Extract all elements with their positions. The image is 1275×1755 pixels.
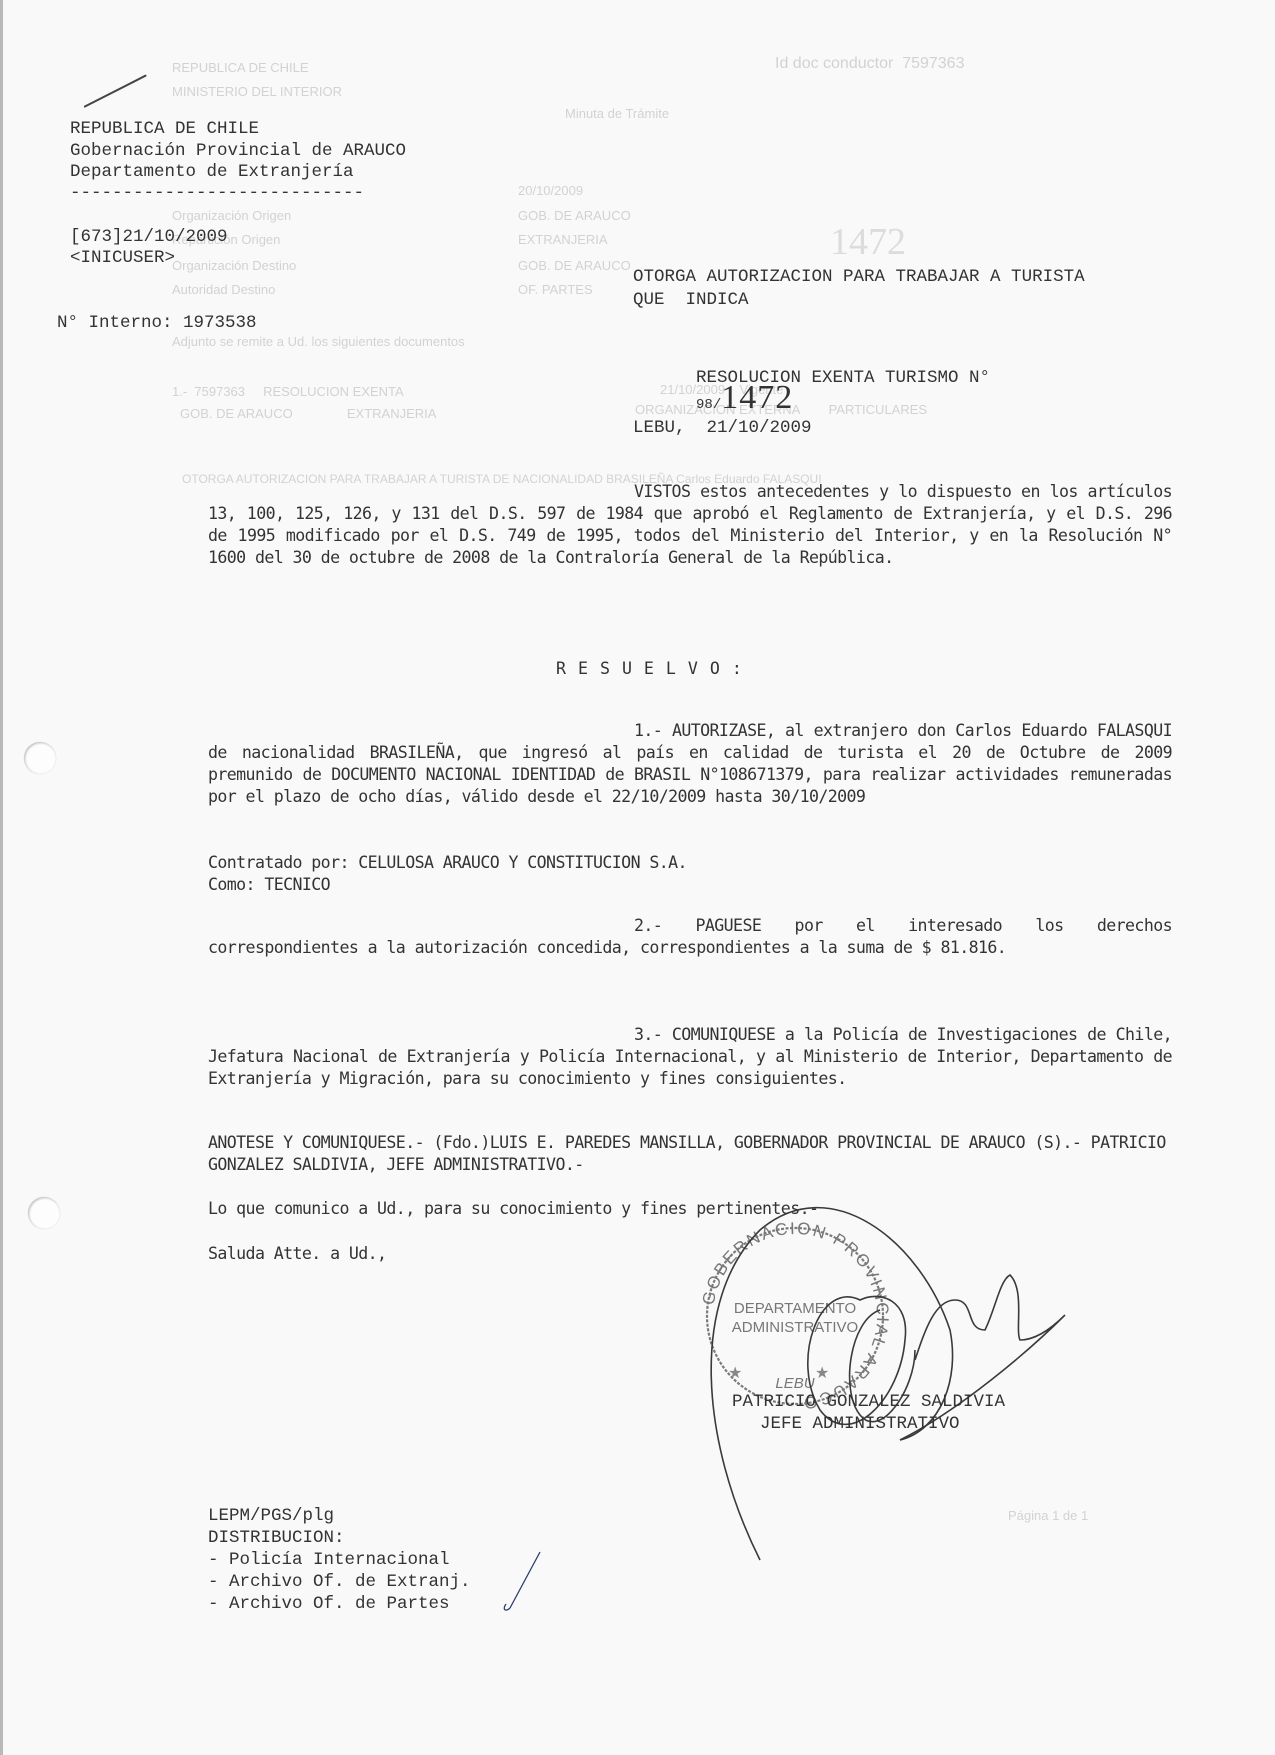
ghost-value: GOB. DE ARAUCO — [518, 258, 631, 273]
header-rule: ---------------------------- — [70, 183, 364, 203]
initials: LEPM/PGS/plg — [208, 1506, 334, 1526]
distribution-item: - Archivo Of. de Extranj. — [208, 1572, 471, 1592]
item-3-lead: 3.- COMUNIQUESE a la Policía de — [634, 1025, 927, 1044]
stamp-ring-text: GOBERNACION PROVINCIAL ARAUCO — [699, 1219, 893, 1413]
ghost-stamp-number: 1472 — [830, 220, 906, 264]
distribution-checkmark — [504, 1552, 540, 1610]
department-line: Departamento de Extranjería — [70, 162, 354, 182]
reference-line: [673]21/10/2009 — [70, 227, 228, 247]
internal-number: N° Interno: 1973538 — [57, 313, 257, 333]
punch-hole-bottom — [28, 1197, 60, 1229]
resolution-item-3: 3.- COMUNIQUESE a la Policía de Investig… — [208, 1024, 1172, 1090]
anotese-paragraph: ANOTESE Y COMUNIQUESE.- (Fdo.)LUIS E. PA… — [208, 1132, 1172, 1176]
punch-hole-top — [24, 742, 56, 774]
ghost-header-1: REPUBLICA DE CHILE — [172, 60, 309, 75]
resuelvo-heading: R E S U E L V O : — [556, 658, 743, 680]
comunico-line: Lo que comunico a Ud., para su conocimie… — [208, 1198, 818, 1220]
ghost-minuta: Minuta de Trámite — [565, 106, 669, 121]
user-line: <INICUSER> — [70, 248, 175, 268]
distribution-item: - Policía Internacional — [208, 1550, 450, 1570]
hired-by: Contratado por: CELULOSA ARAUCO Y CONSTI… — [208, 852, 687, 874]
ghost-value: OF. PARTES — [518, 282, 593, 297]
distribution-heading: DISTRIBUCION: — [208, 1528, 345, 1548]
ghost-label: Organización Destino — [172, 258, 296, 273]
ghost-label: Autoridad Destino — [172, 282, 275, 297]
svg-text:★: ★ — [815, 1365, 829, 1382]
scan-edge — [0, 0, 3, 1755]
item-1-lead: 1.- AUTORIZASE, al extranjero don Carlos — [634, 721, 1012, 740]
ghost-row: GOB. DE ARAUCO EXTRANJERIA — [180, 406, 436, 421]
vistos-paragraph: VISTOS estos antecedentes y lo dispuesto… — [208, 481, 1172, 569]
ghost-value: GOB. DE ARAUCO — [518, 208, 631, 223]
ghost-value: EXTRANJERIA — [518, 232, 608, 247]
distribution-item: - Archivo Of. de Partes — [208, 1594, 450, 1614]
office-line: Gobernación Provincial de ARAUCO — [70, 141, 406, 161]
subject-line-1: OTORGA AUTORIZACION PARA TRABAJAR A TURI… — [633, 267, 1085, 287]
ghost-header-2: MINISTERIO DEL INTERIOR — [172, 84, 342, 99]
vistos-lead: VISTOS estos antecedentes y lo dispuesto… — [634, 482, 1040, 501]
place-date: LEBU, 21/10/2009 — [633, 418, 812, 438]
resolution-item-1: 1.- AUTORIZASE, al extranjero don Carlos… — [208, 720, 1172, 808]
pen-mark — [84, 74, 147, 108]
svg-text:★: ★ — [728, 1365, 742, 1382]
ghost-adjunto: Adjunto se remite a Ud. los siguientes d… — [172, 334, 465, 349]
resolution-series: 98/ — [696, 397, 721, 413]
saluda-line: Saluda Atte. a Ud., — [208, 1243, 386, 1265]
svg-text:DEPARTAMENTO: DEPARTAMENTO — [734, 1300, 856, 1317]
signatory-name: PATRICIO GONZALEZ SALDIVIA — [732, 1392, 1005, 1412]
resolution-item-2: 2.- PAGUESE por el interesado los derech… — [208, 915, 1172, 959]
ghost-id-doc: Id doc conductor 7597363 — [775, 55, 964, 73]
ghost-value: 20/10/2009 — [518, 183, 583, 198]
ghost-row: 1.- 7597363 RESOLUCION EXENTA — [172, 384, 404, 399]
document-page: REPUBLICA DE CHILE MINISTERIO DEL INTERI… — [0, 0, 1275, 1755]
svg-text:LEBU: LEBU — [775, 1375, 814, 1392]
official-stamp: GOBERNACION PROVINCIAL ARAUCO DEPARTAMEN… — [699, 1219, 893, 1413]
svg-text:ADMINISTRATIVO: ADMINISTRATIVO — [732, 1319, 858, 1336]
subject-line-2: QUE INDICA — [633, 290, 749, 310]
item-2-lead: 2.- PAGUESE por el interesado los derech… — [634, 916, 1172, 935]
country-line: REPUBLICA DE CHILE — [70, 119, 259, 139]
resolution-number: 1472 — [721, 379, 793, 416]
ghost-pager: Página 1 de 1 — [1008, 1508, 1088, 1523]
signatory-title: JEFE ADMINISTRATIVO — [760, 1414, 960, 1434]
item-2-body: correspondientes a la autorización conce… — [208, 938, 1006, 957]
position: Como: TECNICO — [208, 874, 330, 896]
ghost-label: Organización Origen — [172, 208, 291, 223]
